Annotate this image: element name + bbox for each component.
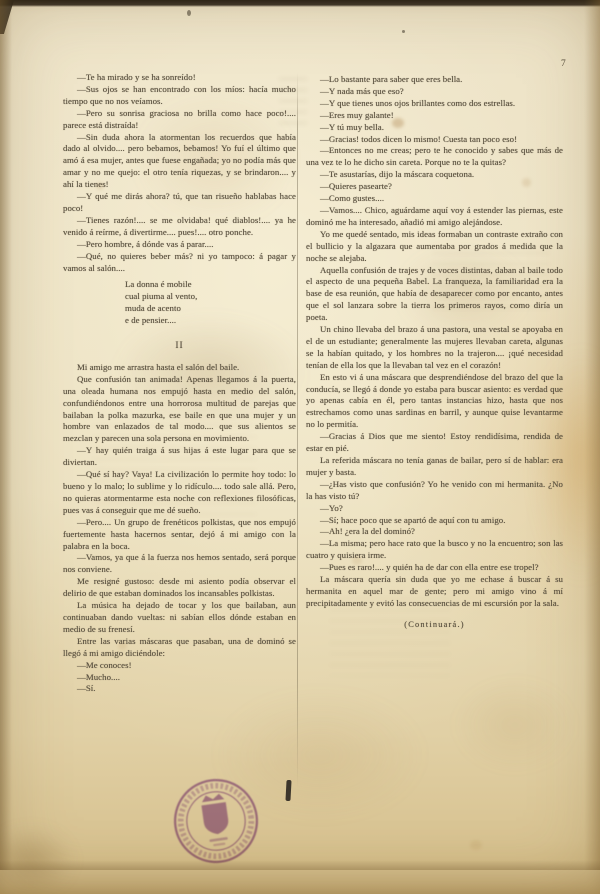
dialogue-line: —Sin duda ahora la atormentan los recuer… — [63, 132, 296, 192]
section-heading: II — [63, 341, 296, 353]
dialogue-line: —Yo? — [306, 503, 563, 515]
dialogue-line: —Como gustes.... — [306, 193, 563, 205]
dialogue-line: —Gracias á Dios que me siento! Estoy ren… — [306, 431, 563, 455]
dialogue-line: —Eres muy galante! — [306, 110, 563, 122]
continuation-notice: (Continuará.) — [306, 619, 563, 631]
right-column: —Lo bastante para saber que eres bella.—… — [306, 74, 563, 631]
dialogue-line: —Y nada más que eso? — [306, 86, 563, 98]
dialogue-line: —Te asustarías, dijo la máscara coqueton… — [306, 169, 563, 181]
paragraph: Aquella confusión de trajes y de voces d… — [306, 265, 563, 325]
dialogue-line: —Me conoces! — [63, 660, 296, 672]
paragraph: Me resigné gustoso: desde mi asiento pod… — [63, 576, 296, 600]
dialogue-line: —Y tú muy bella. — [306, 122, 563, 134]
dialogue-line: —Sí. — [63, 683, 296, 695]
verse-line: muda de acento — [125, 303, 296, 315]
dialogue-line: —Te ha mirado y se ha sonreído! — [63, 72, 296, 84]
page-number: 7 — [561, 59, 566, 69]
paragraph: —Pero.... Un grupo de frenéticos polkist… — [63, 517, 296, 553]
dialogue-line: —Pero hombre, á dónde vas á parar.... — [63, 239, 296, 251]
dialogue-line: —Lo bastante para saber que eres bella. — [306, 74, 563, 86]
dialogue-line: —Y que tienes unos ojos brillantes como … — [306, 98, 563, 110]
scan-right-edge — [584, 0, 600, 894]
paragraph: Yo me quedé sentado, mis ideas formaban … — [306, 229, 563, 265]
dialogue-line: —¿Has visto que confusión? Yo he venido … — [306, 479, 563, 503]
foxing-spot — [470, 840, 482, 850]
scan-top-edge — [0, 0, 600, 7]
verse-line: La donna é mobile — [125, 279, 296, 291]
dialogue-line: —Qué, no quieres beber más? ni yo tampoc… — [63, 251, 296, 275]
paragraph: En esto vi á una máscara que desprendién… — [306, 372, 563, 432]
scan-bottom-shadow — [0, 860, 600, 870]
dialogue-line: —Sí; hace poco que se apartó de aquí con… — [306, 515, 563, 527]
ink-mark — [285, 780, 291, 801]
dialogue-line: —Pero su sonrisa graciosa no brilla como… — [63, 108, 296, 132]
dialogue-line: —Ah! ¿era la del dominó? — [306, 526, 563, 538]
paragraph: La referida máscara no tenía ganas de ba… — [306, 455, 563, 479]
scanned-page: 7 —Te ha mirado y se ha sonreído!—Sus oj… — [0, 0, 600, 894]
library-stamp-icon — [165, 770, 267, 872]
dialogue-line: —Tienes razón!.... se me olvidaba! qué d… — [63, 215, 296, 239]
column-divider-rule — [297, 72, 298, 788]
dialogue-line: —Vamos.... Chico, aguárdame aquí voy á e… — [306, 205, 563, 229]
dialogue-line: —Quieres pasearte? — [306, 181, 563, 193]
dialogue-line: —Entonces no me creas; pero te he conoci… — [306, 145, 563, 169]
dialogue-line: —Qué sí hay? Vaya! La civilización lo pe… — [63, 469, 296, 517]
dialogue-line: —Y hay quién traiga á sus hijas á este l… — [63, 445, 296, 469]
ink-speck — [402, 30, 405, 33]
paragraph: Que confusión tan animada! Apenas llegam… — [63, 374, 296, 445]
dialogue-line: —Pues es raro!.... y quién ha de dar con… — [306, 562, 563, 574]
scan-bottom-edge — [0, 870, 600, 894]
paragraph: Entre las varias máscaras que pasaban, u… — [63, 636, 296, 660]
left-column: —Te ha mirado y se ha sonreído!—Sus ojos… — [63, 72, 296, 695]
verse-line: cual piuma al vento, — [125, 291, 296, 303]
paper-stain — [455, 680, 575, 770]
verse-line: e de pensier.... — [125, 315, 296, 327]
dialogue-line: —Mucho.... — [63, 672, 296, 684]
paragraph: Mi amigo me arrastra hasta el salón del … — [63, 362, 296, 374]
dialogue-line: —Sus ojos se han encontrado con los míos… — [63, 84, 296, 108]
paragraph: La música ha dejado de tocar y los que b… — [63, 600, 296, 636]
paragraph: Un chino llevaba del brazo á una pastora… — [306, 324, 563, 372]
paragraph: La máscara quería sin duda que yo me ech… — [306, 574, 563, 610]
dialogue-line: —Y qué me dirás ahora? tú, que tan risue… — [63, 191, 296, 215]
dialogue-line: —Gracias! todos dicen lo mismo! Cuesta t… — [306, 134, 563, 146]
ink-speck — [187, 10, 191, 16]
dialogue-line: —Vamos, ya que á la fuerza nos hemos sen… — [63, 552, 296, 576]
dialogue-line: —La misma; pero hace rato que la busco y… — [306, 538, 563, 562]
scan-left-edge — [0, 0, 12, 894]
